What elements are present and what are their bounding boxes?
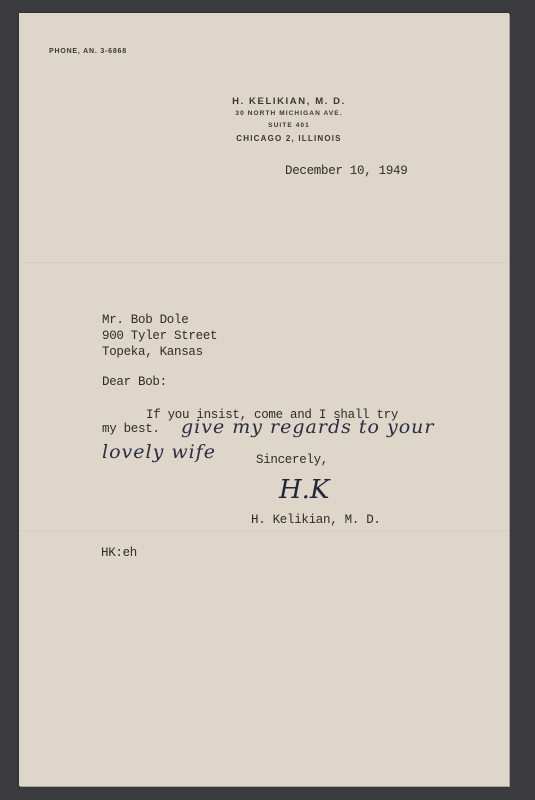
letterhead-city: CHICAGO 2, ILLINOIS — [189, 132, 389, 145]
body-line-2: my best. — [102, 422, 160, 436]
letter-date: December 10, 1949 — [285, 164, 407, 178]
closing: Sincerely, — [256, 453, 328, 467]
handwritten-note-line-2: lovely wife — [102, 441, 216, 463]
letterhead-suite: SUITE 401 — [189, 120, 389, 132]
recipient-name: Mr. Bob Dole — [102, 313, 188, 327]
recipient-city: Topeka, Kansas — [102, 345, 203, 359]
handwritten-note-line-1: give my regards to your — [181, 416, 435, 438]
recipient-street: 900 Tyler Street — [102, 329, 217, 343]
signatory-name: H. Kelikian, M. D. — [251, 513, 381, 527]
letterhead-name: H. KELIKIAN, M. D. — [189, 95, 389, 108]
letterhead-phone: PHONE, AN. 3-6868 — [49, 48, 127, 55]
fold-line-upper — [19, 261, 509, 263]
salutation: Dear Bob: — [102, 375, 167, 389]
reference-initials: HK:eh — [101, 546, 137, 560]
signature: H.K — [279, 475, 329, 505]
letter-page: PHONE, AN. 3-6868 H. KELIKIAN, M. D. 30 … — [19, 13, 509, 786]
letterhead-street: 30 NORTH MICHIGAN AVE. — [189, 108, 389, 120]
fold-line-lower — [19, 529, 509, 531]
letterhead: H. KELIKIAN, M. D. 30 NORTH MICHIGAN AVE… — [189, 95, 389, 145]
